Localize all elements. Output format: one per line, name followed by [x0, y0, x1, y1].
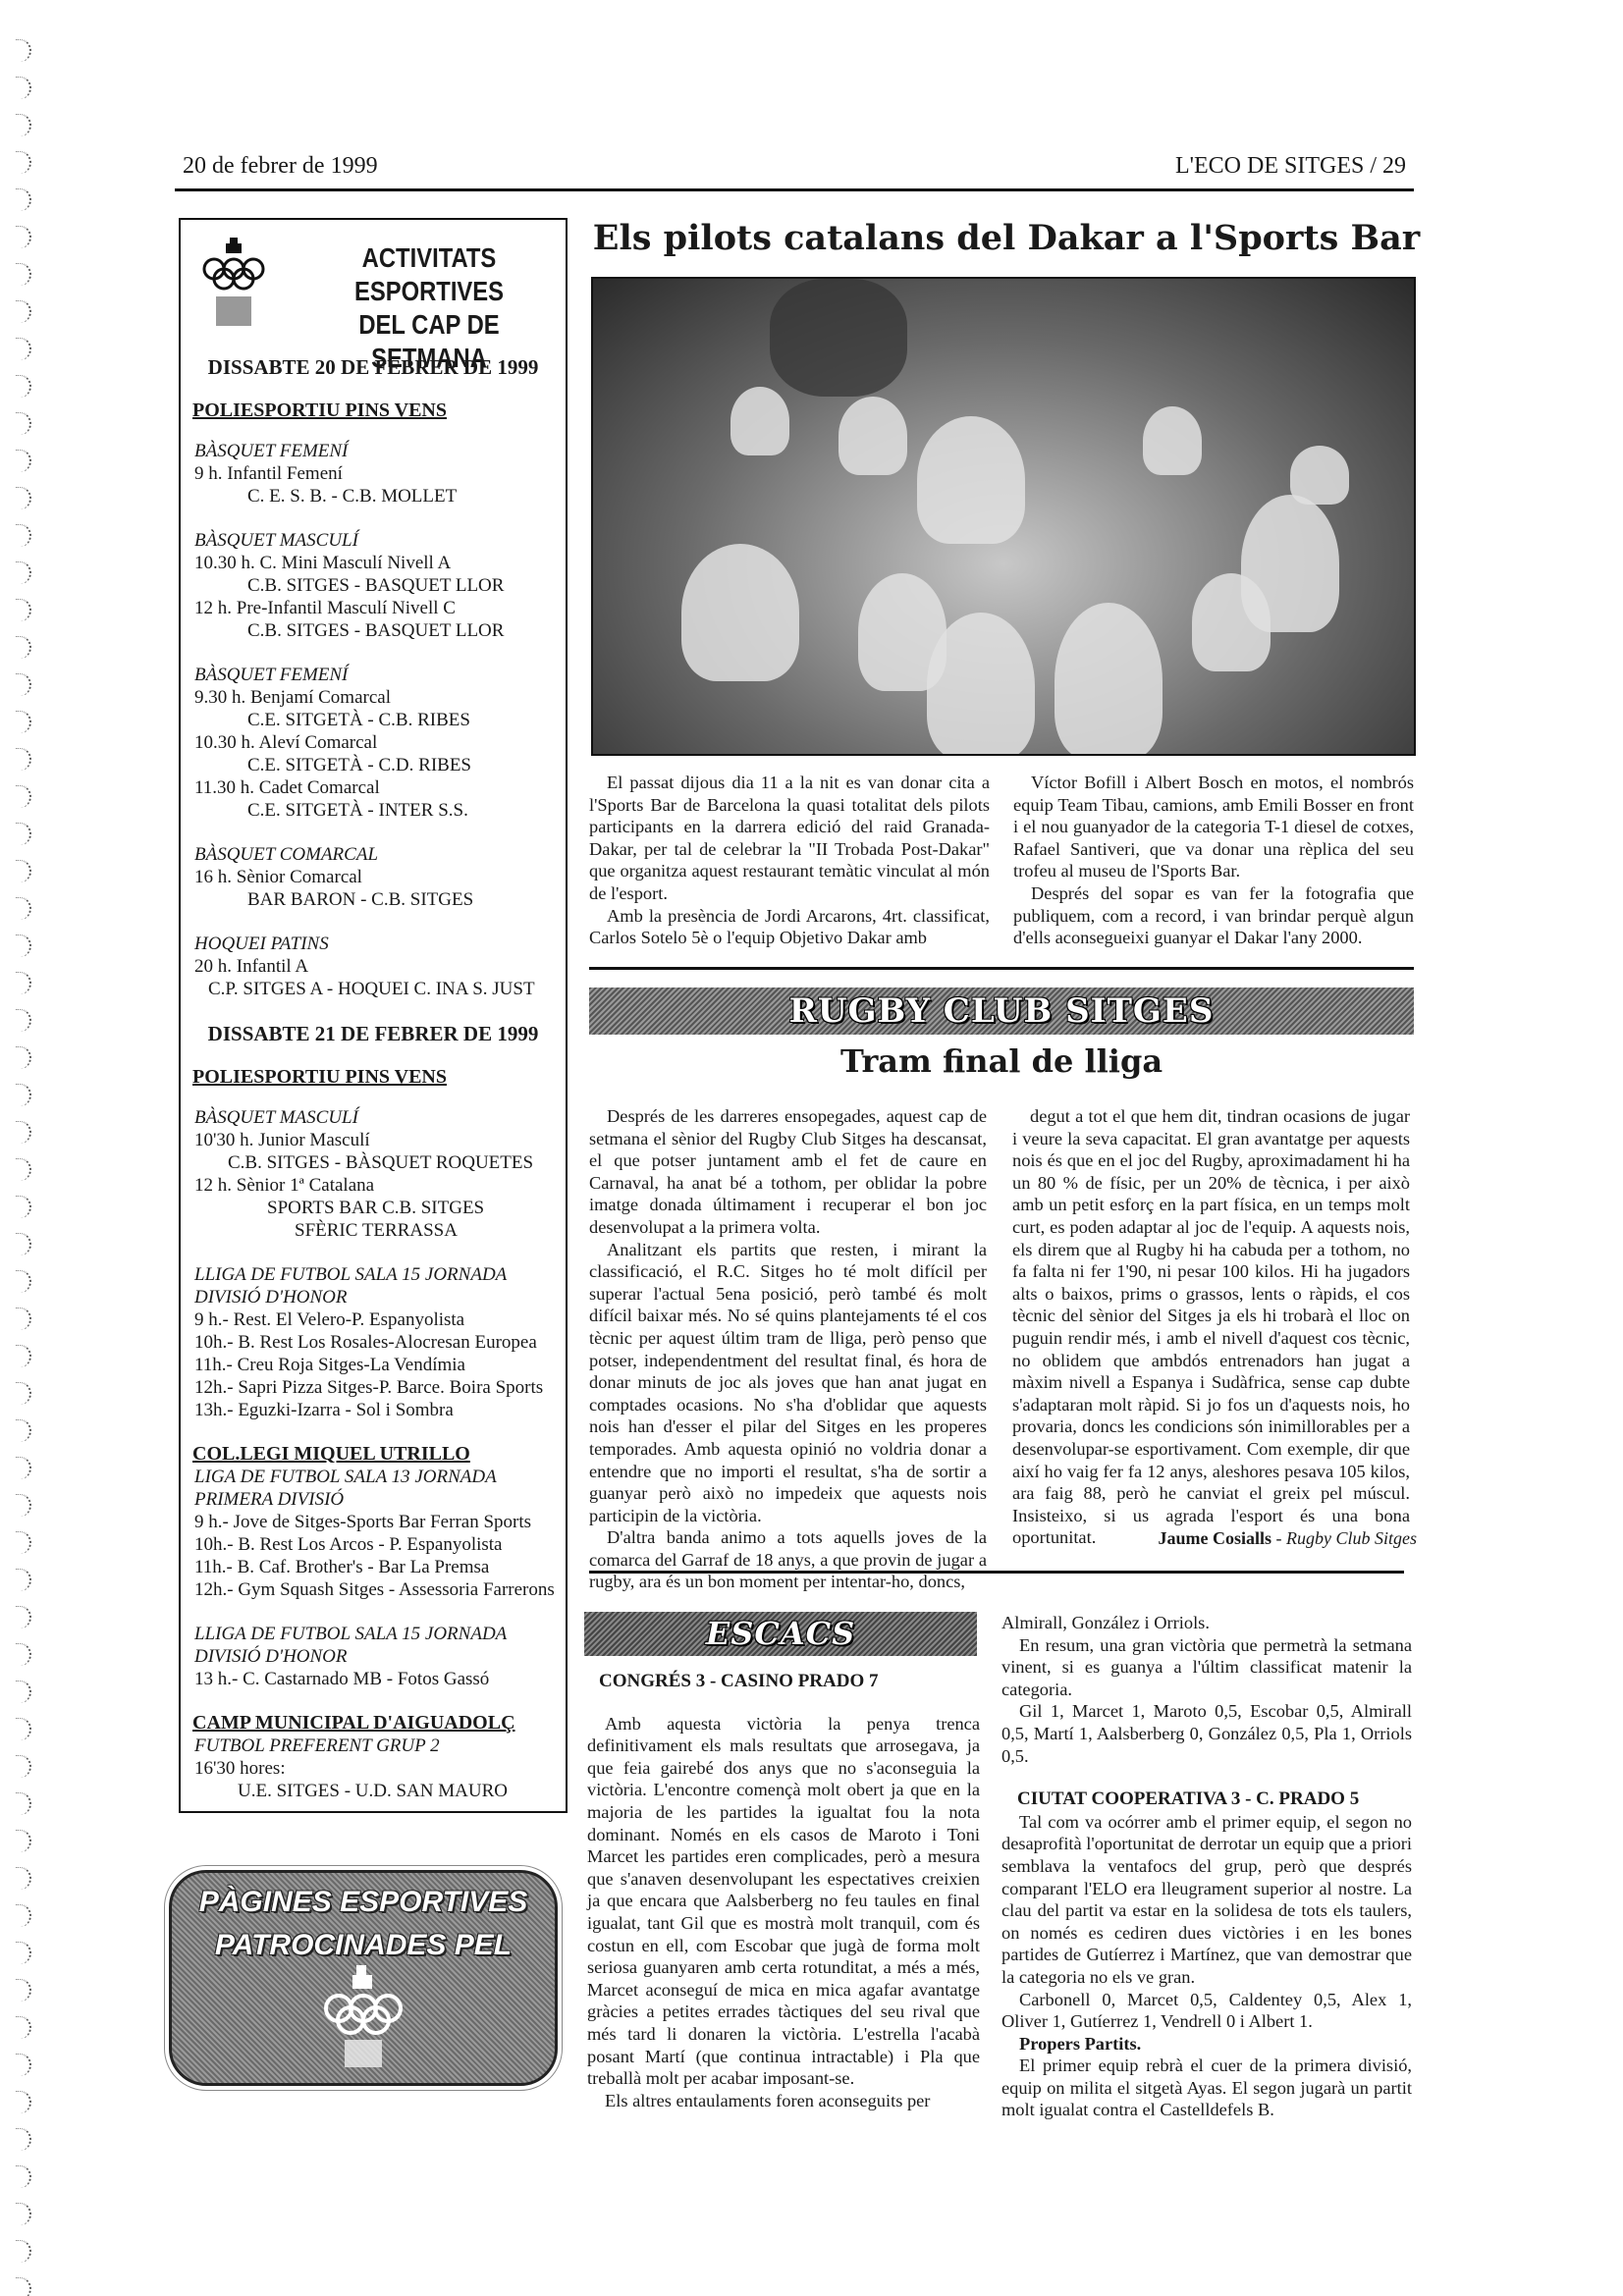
binding-ring-icon	[16, 151, 31, 174]
sponsor-line2: PATROCINADES PEL	[172, 1924, 555, 1967]
weekend-sports-agenda: ACTIVITATS ESPORTIVES DEL CAP DE SETMANA…	[179, 218, 568, 1813]
event-match: SFÈRIC TERRASSA	[189, 1219, 558, 1242]
league-division: DIVISIÓ D'HONOR	[194, 1645, 558, 1668]
binding-ring-icon	[16, 524, 31, 547]
futsal-block: LLIGA DE FUTBOL SALA 15 JORNADA DIVISIÓ …	[189, 1623, 558, 1690]
binding-ring-icon	[16, 860, 31, 882]
patronat-olympic-logo-icon	[196, 236, 275, 334]
binding-ring-icon	[16, 1158, 31, 1181]
agenda-title-line1: ACTIVITATS ESPORTIVES	[308, 241, 551, 308]
binding-ring-icon	[16, 1569, 31, 1591]
event-match: BAR BARON - C.B. SITGES	[189, 888, 558, 911]
sponsor-line1: PÀGINES ESPORTIVES	[172, 1881, 555, 1924]
venue-heading: POLIESPORTIU PINS VENS	[192, 400, 558, 422]
league-title: LLIGA DE FUTBOL SALA 15 JORNADA	[194, 1263, 558, 1286]
fixture-line: 11h.- B. Caf. Brother's - Bar La Premsa	[194, 1556, 558, 1578]
binding-ring-icon	[16, 1755, 31, 1778]
binding-ring-icon	[16, 1457, 31, 1479]
futsal-block: LIGA DE FUTBOL SALA 13 JORNADA PRIMERA D…	[189, 1466, 558, 1601]
chess-section-banner: ESCACS	[584, 1612, 977, 1656]
fixture-line: 11h.- Creu Roja Sitges-La Vendímia	[194, 1354, 558, 1376]
event-time: 10.30 h. C. Mini Masculí Nivell A	[194, 552, 558, 574]
binding-ring-icon	[16, 2277, 31, 2296]
article-column: Víctor Bofill i Albert Bosch en motos, e…	[1013, 772, 1414, 949]
binding-ring-icon	[16, 2128, 31, 2151]
paragraph: Víctor Bofill i Albert Bosch en motos, e…	[1013, 772, 1414, 882]
event-block: BÀSQUET FEMENÍ9 h. Infantil FemeníC. E. …	[189, 440, 558, 507]
binding-ring-icon	[16, 1830, 31, 1852]
section-divider	[589, 967, 1414, 970]
venue-heading: CAMP MUNICIPAL D'AIGUADOLÇ	[192, 1712, 558, 1735]
binding-ring-icon	[16, 1494, 31, 1517]
category-label: HOQUEI PATINS	[194, 933, 558, 955]
binding-ring-icon	[16, 1904, 31, 1927]
event-time: 12 h. Sènior 1ª Catalana	[194, 1174, 558, 1197]
issue-date: 20 de febrer de 1999	[183, 153, 378, 180]
binding-ring-icon	[16, 2054, 31, 2076]
futsal-block: LLIGA DE FUTBOL SALA 15 JORNADA DIVISIÓ …	[189, 1263, 558, 1421]
binding-ring-icon	[16, 1867, 31, 1890]
binding-ring-icon	[16, 263, 31, 286]
binding-ring-icon	[16, 1643, 31, 1666]
event-match: C.E. SITGETÀ - C.D. RIBES	[189, 754, 558, 776]
fixture-line: 12h.- Sapri Pizza Sitges-P. Barce. Boira…	[194, 1376, 558, 1399]
event-match: C. E. S. B. - C.B. MOLLET	[189, 485, 558, 507]
binding-ring-icon	[16, 1606, 31, 1629]
binding-ring-icon	[16, 1419, 31, 1442]
binding-ring-icon	[16, 673, 31, 696]
binding-ring-icon	[16, 785, 31, 808]
upcoming-matches-label: Propers Partits.	[1019, 2034, 1141, 2054]
binding-ring-icon	[16, 1084, 31, 1106]
league-division: PRIMERA DIVISIÓ	[194, 1488, 558, 1511]
binding-ring-icon	[16, 748, 31, 771]
binding-ring-icon	[16, 897, 31, 920]
banner-label: ESCACS	[706, 1615, 855, 1652]
binding-ring-icon	[16, 412, 31, 435]
paragraph: Tal com va ocórrer amb el primer equip, …	[1001, 1811, 1412, 1989]
event-match: C.B. SITGES - BASQUET LLOR	[189, 574, 558, 597]
binding-ring-icon	[16, 1792, 31, 1815]
fixture-line: 13 h.- C. Castarnado MB - Fotos Gassó	[194, 1668, 558, 1690]
event-match: C.E. SITGETÀ - C.B. RIBES	[189, 709, 558, 731]
binding-ring-icon	[16, 1046, 31, 1069]
binding-ring-icon	[16, 2240, 31, 2263]
article-column: Almirall, González i Orriols. En resum, …	[1001, 1612, 1412, 2121]
rugby-article-body: Després de les darreres ensopegades, aqu…	[589, 1105, 1410, 1593]
section-divider	[589, 1571, 1404, 1574]
day1-events: BÀSQUET FEMENÍ9 h. Infantil FemeníC. E. …	[189, 440, 558, 1000]
binding-ring-icon	[16, 226, 31, 248]
binding-ring-icon	[16, 1009, 31, 1032]
binding-ring-icon	[16, 1681, 31, 1703]
patronat-olympic-logo-icon	[309, 1963, 417, 2071]
match-result-heading: CONGRÉS 3 - CASINO PRADO 7	[599, 1671, 980, 1693]
dakar-article-body: El passat dijous dia 11 a la nit es van …	[589, 772, 1414, 949]
event-time: 20 h. Infantil A	[194, 955, 558, 978]
fixture-line: 10h.- B. Rest Los Rosales-Alocresan Euro…	[194, 1331, 558, 1354]
event-block: BÀSQUET MASCULÍ 10'30 h. Junior Masculí …	[189, 1106, 558, 1242]
banner-label: RUGBY CLUB SITGES	[789, 991, 1215, 1031]
fixture-line: 9 h.- Rest. El Velero-P. Espanyolista	[194, 1308, 558, 1331]
binding-ring-icon	[16, 1121, 31, 1144]
event-time: 10'30 h. Junior Masculí	[194, 1129, 558, 1151]
fixture-line: 9 h.- Jove de Sitges-Sports Bar Ferran S…	[194, 1511, 558, 1533]
binding-ring-icon	[16, 2165, 31, 2188]
dakar-article-title: Els pilots catalans del Dakar a l'Sports…	[589, 218, 1424, 258]
fixture-list: 9 h.- Rest. El Velero-P. Espanyolista10h…	[189, 1308, 558, 1421]
event-time: 9.30 h. Benjamí Comarcal	[194, 686, 558, 709]
league-title: FUTBOL PREFERENT GRUP 2	[194, 1735, 558, 1757]
binding-ring-icon	[16, 300, 31, 323]
article-column: degut a tot el que hem dit, tindran ocas…	[1012, 1105, 1410, 1593]
paragraph: Els altres entaulaments foren aconseguit…	[587, 2090, 980, 2112]
binding-ring-icon	[16, 711, 31, 733]
binding-ring-icon	[16, 934, 31, 957]
binding-ring-icon	[16, 599, 31, 621]
category-label: BÀSQUET MASCULÍ	[194, 1106, 558, 1129]
binding-ring-icon	[16, 1382, 31, 1405]
binding-ring-icon	[16, 338, 31, 360]
publication-page: L'ECO DE SITGES / 29	[1175, 153, 1406, 180]
binding-ring-icon	[16, 972, 31, 994]
paragraph: Amb la presència de Jordi Arcarons, 4rt.…	[589, 905, 990, 949]
paragraph: degut a tot el que hem dit, tindran ocas…	[1012, 1105, 1410, 1549]
fixture-line: 12h.- Gym Squash Sitges - Assessoria Far…	[194, 1578, 558, 1601]
binding-ring-icon	[16, 39, 31, 62]
fixture-list: 13 h.- C. Castarnado MB - Fotos Gassó	[189, 1668, 558, 1690]
event-time: 12 h. Pre-Infantil Masculí Nivell C	[194, 597, 558, 619]
paragraph: Amb aquesta victòria la penya trenca def…	[587, 1713, 980, 2090]
event-match: SPORTS BAR C.B. SITGES	[189, 1197, 558, 1219]
event-time: 9 h. Infantil Femení	[194, 462, 558, 485]
binding-ring-icon	[16, 561, 31, 584]
agenda-title-line2: DEL CAP DE SETMANA	[308, 308, 551, 375]
venue-heading: COL.LEGI MIQUEL UTRILLO	[192, 1443, 558, 1466]
article-column: CONGRÉS 3 - CASINO PRADO 7 Amb aquesta v…	[587, 1671, 980, 2121]
fixture-line: 13h.- Eguzki-Izarra - Sol i Sombra	[194, 1399, 558, 1421]
binding-ring-icon	[16, 1233, 31, 1255]
binding-ring-icon	[16, 375, 31, 398]
paragraph: Després de les darreres ensopegades, aqu…	[589, 1105, 987, 1239]
binding-ring-icon	[16, 1308, 31, 1330]
rugby-section-banner: RUGBY CLUB SITGES	[589, 988, 1414, 1035]
binding-ring-icon	[16, 1979, 31, 2002]
paragraph: En resum, una gran victòria que permetrà…	[1001, 1634, 1412, 1701]
event-time: 16'30 hores:	[194, 1757, 558, 1780]
article-column: El passat dijous dia 11 a la nit es van …	[589, 772, 990, 949]
binding-ring-icon	[16, 636, 31, 659]
author-org: Rugby Club Sitges	[1286, 1528, 1417, 1548]
binding-ring-icon	[16, 1345, 31, 1367]
article-column: Després de les darreres ensopegades, aqu…	[589, 1105, 987, 1593]
venue-heading: POLIESPORTIU PINS VENS	[192, 1066, 558, 1089]
category-label: BÀSQUET FEMENÍ	[194, 664, 558, 686]
paragraph: D'altra banda animo a tots aquells joves…	[589, 1526, 987, 1593]
fixture-list: 9 h.- Jove de Sitges-Sports Bar Ferran S…	[189, 1511, 558, 1601]
binding-ring-icon	[16, 1718, 31, 1740]
category-label: BÀSQUET MASCULÍ	[194, 529, 558, 552]
binding-ring-icon	[16, 77, 31, 99]
league-title: LIGA DE FUTBOL SALA 13 JORNADA	[194, 1466, 558, 1488]
ring-binding	[6, 0, 35, 2296]
binding-ring-icon	[16, 1196, 31, 1218]
binding-ring-icon	[16, 1270, 31, 1293]
sponsor-badge: PÀGINES ESPORTIVES PATROCINADES PEL	[169, 1870, 558, 2086]
paragraph: Gil 1, Marcet 1, Maroto 0,5, Escobar 0,5…	[1001, 1700, 1412, 1767]
author-name: Jaume Cosialls	[1158, 1528, 1271, 1548]
binding-ring-icon	[16, 2091, 31, 2113]
rugby-article-title: Tram final de lliga	[589, 1042, 1414, 1080]
league-division: DIVISIÓ D'HONOR	[194, 1286, 558, 1308]
binding-ring-icon	[16, 2016, 31, 2039]
paragraph: El passat dijous dia 11 a la nit es van …	[589, 772, 990, 905]
dakar-group-photo	[591, 277, 1416, 756]
event-match: C.B. SITGES - BÀSQUET ROQUETES	[189, 1151, 558, 1174]
paragraph: Almirall, González i Orriols.	[1001, 1612, 1412, 1634]
event-block: BÀSQUET COMARCAL16 h. Sènior ComarcalBAR…	[189, 843, 558, 911]
event-match: C.B. SITGES - BASQUET LLOR	[189, 619, 558, 642]
binding-ring-icon	[16, 487, 31, 509]
event-time: 11.30 h. Cadet Comarcal	[194, 776, 558, 799]
paragraph: El primer equip rebrà el cuer de la prim…	[1001, 2055, 1412, 2121]
fixture-line: 10h.- B. Rest Los Arcos - P. Espanyolist…	[194, 1533, 558, 1556]
event-match: C.P. SITGES A - HOQUEI C. INA S. JUST	[189, 978, 558, 1000]
binding-ring-icon	[16, 1942, 31, 1964]
event-match: C.E. SITGETÀ - INTER S.S.	[189, 799, 558, 822]
paragraph: Analitzant els partits que resten, i mir…	[589, 1239, 987, 1527]
binding-ring-icon	[16, 2203, 31, 2225]
league-title: LLIGA DE FUTBOL SALA 15 JORNADA	[194, 1623, 558, 1645]
event-match: U.E. SITGES - U.D. SAN MAURO	[189, 1780, 558, 1802]
category-label: BÀSQUET FEMENÍ	[194, 440, 558, 462]
binding-ring-icon	[16, 823, 31, 845]
binding-ring-icon	[16, 188, 31, 211]
category-label: BÀSQUET COMARCAL	[194, 843, 558, 866]
page-header: 20 de febrer de 1999 L'ECO DE SITGES / 2…	[175, 147, 1414, 191]
event-block: HOQUEI PATINS20 h. Infantil AC.P. SITGES…	[189, 933, 558, 1000]
event-time: 16 h. Sènior Comarcal	[194, 866, 558, 888]
chess-article-body: CONGRÉS 3 - CASINO PRADO 7 Amb aquesta v…	[587, 1671, 1412, 2121]
event-block: BÀSQUET FEMENÍ9.30 h. Benjamí ComarcalC.…	[189, 664, 558, 822]
binding-ring-icon	[16, 450, 31, 472]
match-result-heading: CIUTAT COOPERATIVA 3 - C. PRADO 5	[1017, 1789, 1412, 1811]
event-block: BÀSQUET MASCULÍ10.30 h. C. Mini Masculí …	[189, 529, 558, 642]
paragraph: Carbonell 0, Marcet 0,5, Caldentey 0,5, …	[1001, 1989, 1412, 2033]
paragraph: Després del sopar es van fer la fotograf…	[1013, 882, 1414, 949]
article-byline: Jaume Cosialls - Rugby Club Sitges	[1158, 1528, 1417, 1549]
day-heading-saturday-21: DISSABTE 21 DE FEBRER DE 1999	[189, 1022, 558, 1046]
binding-ring-icon	[16, 1531, 31, 1554]
binding-ring-icon	[16, 114, 31, 136]
event-time: 10.30 h. Aleví Comarcal	[194, 731, 558, 754]
